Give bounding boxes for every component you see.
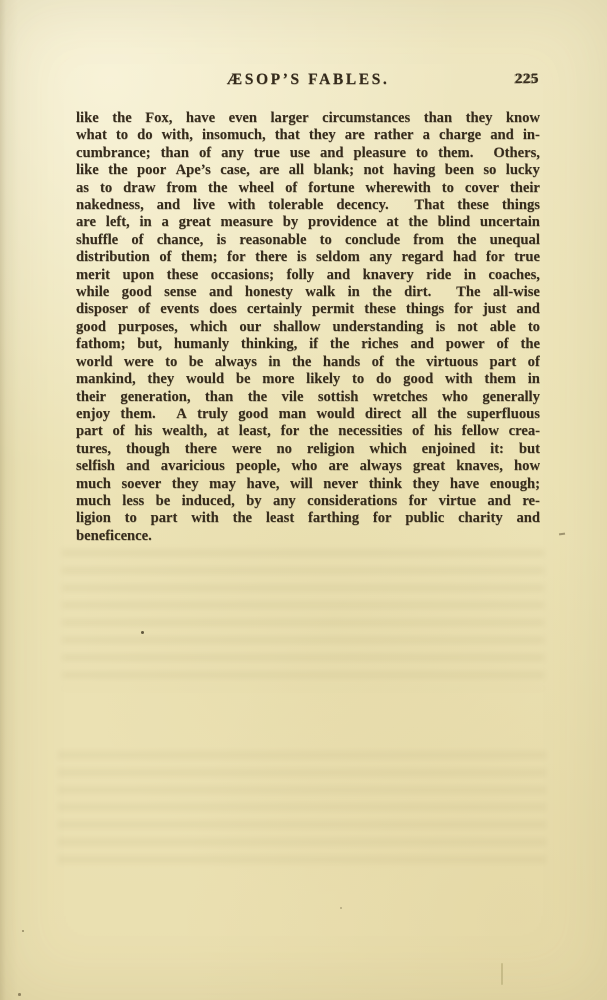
text-line: nakedness,andlivewithtolerabledecency.Th… xyxy=(76,197,540,214)
text-line: partofhiswealth,atleast,forthenecessitie… xyxy=(76,423,540,440)
text-line: mankind,theywouldbemorelikelytodogoodwit… xyxy=(76,371,540,388)
stray-dash-mark xyxy=(559,533,565,535)
ink-speck xyxy=(22,930,24,932)
text-line: disposerofeventsdoescertainlypermitthese… xyxy=(76,301,540,318)
running-title: ÆSOP’S FABLES. xyxy=(76,71,540,89)
ink-speck xyxy=(141,631,144,634)
text-line: muchlessbeinduced,byanyconsiderationsfor… xyxy=(76,493,540,510)
text-line: fathom;but,humanlythinking,iftherichesan… xyxy=(76,336,540,353)
page-header: ÆSOP’S FABLES. 225 xyxy=(76,71,540,91)
text-line: whilegoodsenseandhonestywalkinthedirt.Th… xyxy=(76,284,540,301)
text-line: liketheFox,haveevenlargercircumstancesth… xyxy=(76,110,540,127)
text-line: tures,thoughtherewerenoreligionwhichenjo… xyxy=(76,441,540,458)
text-line: enjoythem.Atrulygoodmanwoulddirectallthe… xyxy=(76,406,540,423)
text-line: beneficence. xyxy=(76,528,540,545)
ink-speck xyxy=(18,993,21,996)
show-through-text-upper xyxy=(62,549,544,689)
ink-speck xyxy=(340,907,342,909)
text-line: cumbrance;thanofanytrueuseandpleasuretot… xyxy=(76,145,540,162)
text-line: astodrawfromthewheeloffortunewherewithto… xyxy=(76,180,540,197)
page-number: 225 xyxy=(515,71,539,88)
book-page: ÆSOP’S FABLES. 225 liketheFox,haveevenla… xyxy=(0,0,607,1000)
text-line: distributionofthem;forthereisseldomanyre… xyxy=(76,249,540,266)
text-line: likethepoorApe’scase,areallblank;nothavi… xyxy=(76,162,540,179)
text-line: ligiontopartwiththeleastfarthingforpubli… xyxy=(76,510,540,527)
text-line: goodpurposes,whichourshallowunderstandin… xyxy=(76,319,540,336)
text-line: shuffleofchance,isreasonabletoconcludefr… xyxy=(76,232,540,249)
paragraph: liketheFox,haveevenlargercircumstancesth… xyxy=(76,110,540,545)
paper-smudge xyxy=(501,963,503,985)
show-through-text-lower xyxy=(58,751,546,873)
text-line: selfishandavariciouspeople,whoarealwaysg… xyxy=(76,458,540,475)
text-line: theirgeneration,thanthevilesottishwretch… xyxy=(76,389,540,406)
text-line: muchsoevertheymayhave,willneverthinkthey… xyxy=(76,476,540,493)
text-line: meritupontheseoccasions;follyandknaveryr… xyxy=(76,267,540,284)
text-line: areleft,inagreatmeasurebyprovidenceatthe… xyxy=(76,214,540,231)
text-line: worldweretobealwaysinthehandsofthevirtuo… xyxy=(76,354,540,371)
text-line: whattodowith,insomuch,thattheyarerathera… xyxy=(76,127,540,144)
